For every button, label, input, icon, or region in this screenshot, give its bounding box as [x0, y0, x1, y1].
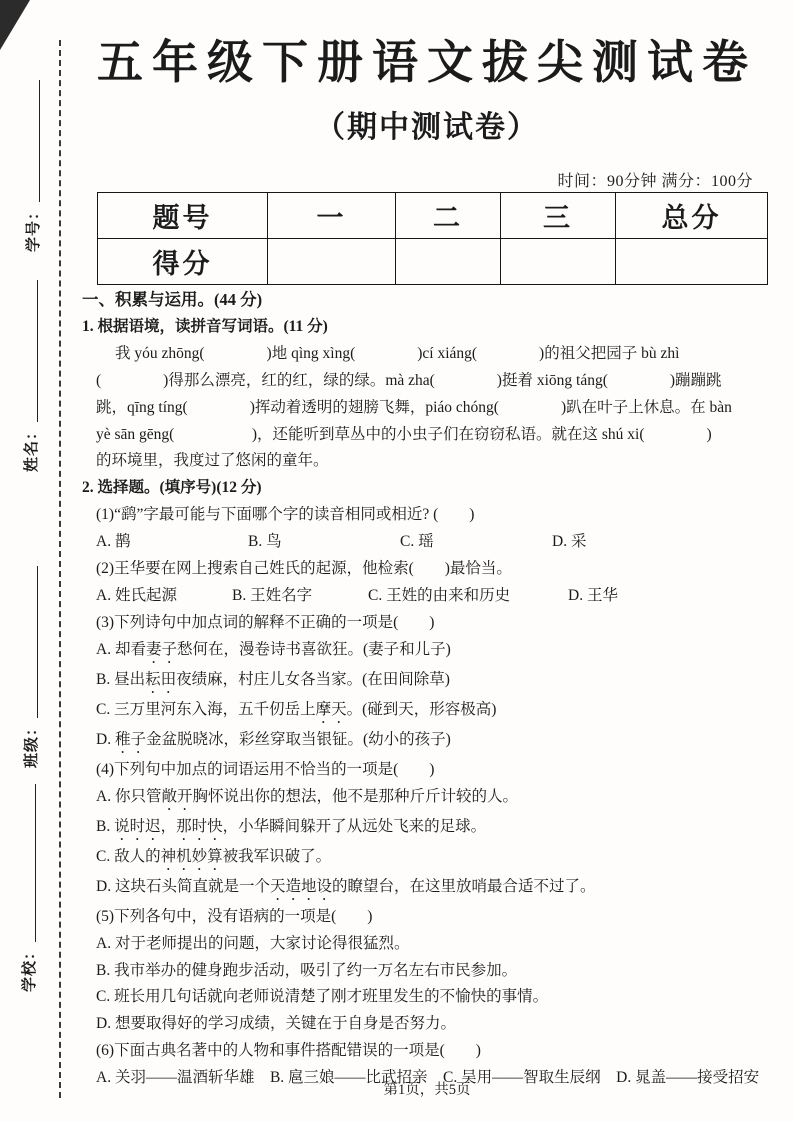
- option-text: C. 三万里河东入海，五千仞岳上: [96, 701, 316, 718]
- option-b: B. 鸟: [248, 529, 400, 556]
- q2-3-option-d: D. 稚子金盆脱晓冰，彩丝穿取当银钲。(幼小的孩子): [82, 727, 774, 757]
- score-row-label-cell: 得分: [98, 239, 268, 285]
- q1-line: 跳，qīng tíng( )挥动着透明的翅膀飞舞，piáo chóng( )趴在…: [82, 395, 774, 422]
- exam-paper-page: 学号： 姓名： 班级： 学校： 五年级下册语文拔尖测试卷 （期中测试卷） 时间：…: [0, 0, 793, 1122]
- q2-5-option-d: D. 想要取得好的学习成绩，关键在于自身是否努力。: [82, 1011, 774, 1038]
- dotted-word: 说时迟: [114, 818, 161, 835]
- school-label: 学校：: [18, 944, 39, 992]
- fill-blank-line: [39, 80, 40, 202]
- q1-line: yè sān gēng( )，还能听到草丛中的小虫子们在窃窃私语。就在这 shú…: [82, 422, 774, 449]
- q2-5-option-a: A. 对于老师提出的问题，大家讨论得很猛烈。: [82, 931, 774, 958]
- scan-corner-mark: [0, 0, 30, 50]
- option-text: 愁何在，漫卷诗书喜欲狂。(妻子和儿子): [177, 641, 451, 658]
- class-field: 班级：: [19, 566, 41, 768]
- score-table-header-cell: 总分: [616, 193, 768, 239]
- question-2-title: 2. 选择题。(填序号)(12 分): [82, 475, 774, 502]
- score-table-header-cell: 二: [396, 193, 501, 239]
- option-text: 的瞭望台，在这里放哨最合适不过了。: [332, 878, 596, 895]
- option-text: B.: [96, 818, 114, 835]
- school-field: 学校：: [17, 784, 39, 992]
- seal-dashed-line: [59, 40, 61, 1098]
- fill-blank-line: [37, 280, 38, 422]
- q2-1-options: A. 鹊 B. 鸟 C. 瑶 D. 采: [82, 529, 774, 556]
- q1-line: 我 yóu zhōng( )地 qìng xìng( )cí xiáng( )的…: [82, 341, 774, 368]
- q2-1-stem: (1)“鹞”字最可能与下面哪个字的读音相同或相近? ( ): [82, 502, 774, 529]
- page-number: 第1页，共5页: [82, 1078, 772, 1099]
- q2-4-stem: (4)下列句中加点的词语运用不恰当的一项是( ): [82, 757, 774, 784]
- q2-3-stem: (3)下列诗句中加点词的解释不正确的一项是( ): [82, 610, 774, 637]
- option-text: D. 这块石头简直就是一个: [96, 878, 270, 895]
- option-text: 胸怀说出你的想法，他不是那种斤斤计较的人。: [192, 788, 518, 805]
- dotted-word: 敞开: [161, 788, 192, 805]
- dotted-word: 稚子: [115, 731, 146, 748]
- score-cell: [268, 239, 396, 285]
- option-text: 夜绩麻，村庄儿女各当家。(在田间除草): [176, 671, 450, 688]
- student-number-field: 学号：: [21, 80, 43, 252]
- score-table-score-row: 得分: [98, 239, 768, 285]
- dotted-word: 那时快: [176, 818, 223, 835]
- dotted-word: 耘田: [145, 671, 176, 688]
- q2-5-option-c: C. 班长用几句话就向老师说清楚了刚才班里发生的不愉快的事情。: [82, 984, 774, 1011]
- student-number-label: 学号：: [22, 204, 43, 252]
- dotted-word: 摩天: [316, 701, 347, 718]
- q2-3-option-b: B. 昼出耘田夜绩麻，村庄儿女各当家。(在田间除草): [82, 667, 774, 697]
- option-text: A. 却看: [96, 641, 146, 658]
- score-table: 题号 一 二 三 总分 得分: [97, 192, 768, 285]
- q2-2-options: A. 姓氏起源 B. 王姓名字 C. 王姓的由来和历史 D. 王华: [82, 583, 774, 610]
- dotted-word: 天造地设: [270, 878, 332, 895]
- q2-2-stem: (2)王华要在网上搜索自己姓氏的起源，他检索( )最恰当。: [82, 556, 774, 583]
- fill-blank-line: [35, 784, 36, 942]
- q1-line: 的环境里，我度过了悠闲的童年。: [82, 448, 774, 475]
- exam-subtitle: （期中测试卷）: [82, 102, 772, 146]
- dotted-word: 妻子: [146, 641, 177, 658]
- fill-blank-line: [37, 566, 38, 718]
- section-heading: 一、积累与运用。(44 分): [82, 287, 774, 314]
- q2-6-stem: (6)下面古典名著中的人物和事件搭配错误的一项是( ): [82, 1038, 774, 1065]
- q2-5-option-b: B. 我市举办的健身跑步活动，吸引了约一万名左右市民参加。: [82, 958, 774, 985]
- option-text: ，: [161, 818, 177, 835]
- option-d: D. 王华: [568, 583, 618, 610]
- option-text: D.: [96, 731, 115, 748]
- q1-line: ( )得那么漂亮，红的红，绿的绿。mà zha( )挺着 xiōng táng(…: [82, 368, 774, 395]
- option-text: 被我军识破了。: [223, 848, 332, 865]
- score-cell: [501, 239, 616, 285]
- q2-4-option-a: A. 你只管敞开胸怀说出你的想法，他不是那种斤斤计较的人。: [82, 784, 774, 814]
- score-cell: [396, 239, 501, 285]
- score-table-header-cell: 题号: [98, 193, 268, 239]
- q2-4-option-b: B. 说时迟，那时快，小华瞬间躲开了从远处飞来的足球。: [82, 814, 774, 844]
- option-text: B. 昼出: [96, 671, 145, 688]
- option-a: A. 姓氏起源: [96, 583, 232, 610]
- option-text: ，小华瞬间躲开了从远处飞来的足球。: [223, 818, 487, 835]
- option-a: A. 鹊: [96, 529, 248, 556]
- exam-title: 五年级下册语文拔尖测试卷: [82, 26, 772, 92]
- exam-body: 一、积累与运用。(44 分) 1. 根据语境，读拼音写词语。(11 分) 我 y…: [82, 287, 774, 1092]
- option-c: C. 王姓的由来和历史: [368, 583, 568, 610]
- q2-5-stem: (5)下列各句中，没有语病的一项是( ): [82, 904, 774, 931]
- option-b: B. 王姓名字: [232, 583, 368, 610]
- q2-3-option-a: A. 却看妻子愁何在，漫卷诗书喜欲狂。(妻子和儿子): [82, 637, 774, 667]
- option-text: 金盆脱晓冰，彩丝穿取当银钲。(幼小的孩子): [146, 731, 451, 748]
- score-table-header-cell: 三: [501, 193, 616, 239]
- exam-time-score-info: 时间：90分钟 满分：100分: [557, 168, 753, 191]
- question-1-title: 1. 根据语境，读拼音写词语。(11 分): [82, 314, 774, 341]
- q2-3-option-c: C. 三万里河东入海，五千仞岳上摩天。(碰到天，形容极高): [82, 697, 774, 727]
- option-text: 。(碰到天，形容极高): [347, 701, 497, 718]
- student-name-label: 姓名：: [20, 424, 41, 472]
- option-c: C. 瑶: [400, 529, 552, 556]
- dotted-word: 神机妙算: [161, 848, 223, 865]
- q2-4-option-c: C. 敌人的神机妙算被我军识破了。: [82, 844, 774, 874]
- option-d: D. 采: [552, 529, 586, 556]
- option-text: A. 你只管: [96, 788, 161, 805]
- option-text: C. 敌人的: [96, 848, 161, 865]
- score-table-header-cell: 一: [268, 193, 396, 239]
- score-cell: [616, 239, 768, 285]
- class-label: 班级：: [20, 720, 41, 768]
- score-table-header-row: 题号 一 二 三 总分: [98, 193, 768, 239]
- q2-4-option-d: D. 这块石头简直就是一个天造地设的瞭望台，在这里放哨最合适不过了。: [82, 874, 774, 904]
- student-name-field: 姓名：: [19, 280, 41, 472]
